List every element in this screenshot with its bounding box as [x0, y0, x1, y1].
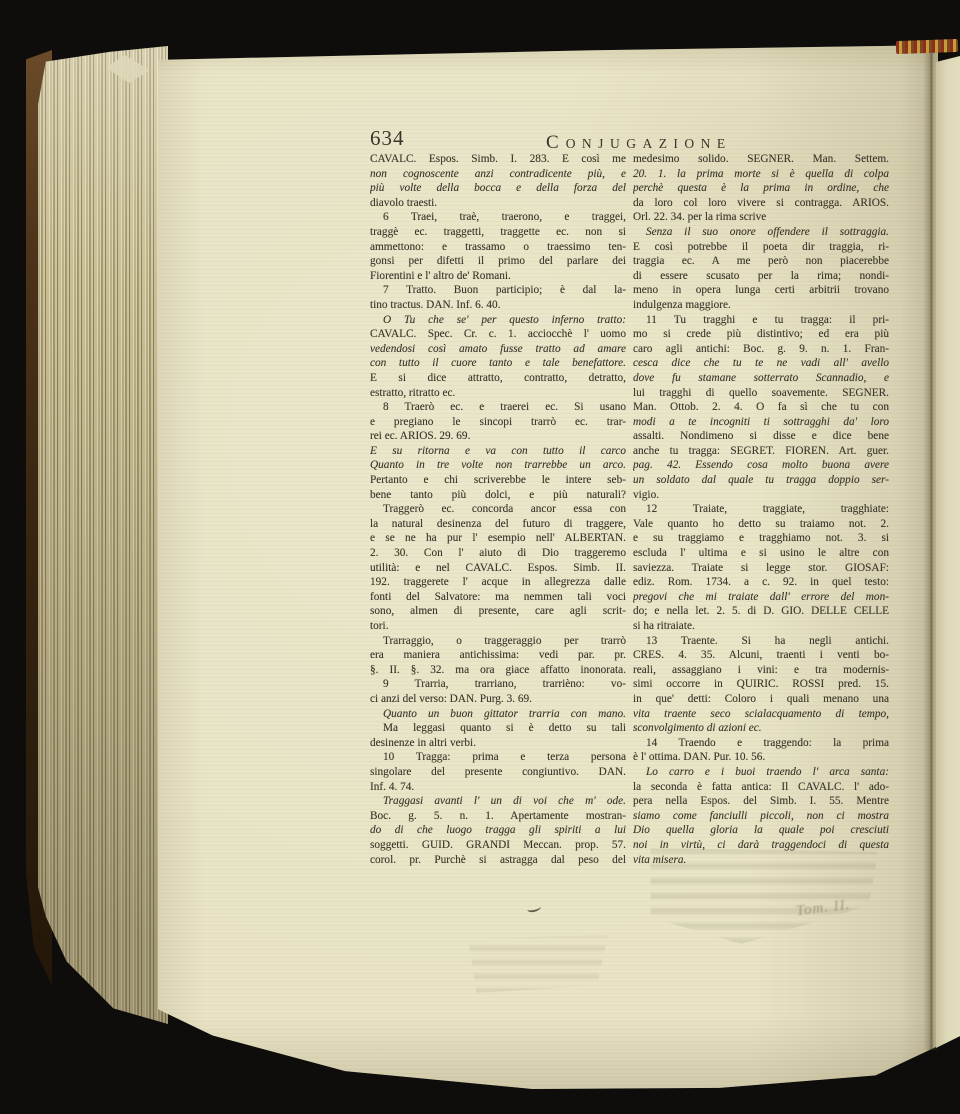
text-line: Orl. 22. 34. per la rima scrive	[633, 210, 889, 225]
text-line: E su ritorna e va con tutto il carco	[370, 444, 626, 459]
text-line: vedendosi così amato fusse tratto ad ama…	[370, 342, 626, 357]
text-line: estratto, ritratto ec.	[370, 386, 626, 401]
page-number: 634	[370, 126, 405, 151]
text-line: 7 Tratto. Buon participio; è dal la-	[370, 283, 626, 298]
text-line: Quanto un buon gittator trarria con mano…	[370, 707, 626, 722]
text-line: Trarraggio, o traggeraggio per trarrò	[370, 634, 626, 649]
text-line: escluda l' ultima e si usino le altre co…	[633, 546, 889, 561]
text-line: pag. 42. Essendo cosa molto buona avere	[633, 458, 889, 473]
text-line: anche tu tragga: SEGRET. FIOREN. Art. gu…	[633, 444, 889, 459]
text-line: lui tragghi di quello soavemente. SEGNER…	[633, 386, 889, 401]
text-line: CRES. 4. 35. Alcuni, traenti i venti bo-	[633, 648, 889, 663]
text-line: 10 Tragga: prima e terza persona	[370, 750, 626, 765]
text-line: traggia ec. A me però non piacerebbe	[633, 254, 889, 269]
text-line: Senza il suo onore offendere il sottragg…	[633, 225, 889, 240]
text-line: 13 Traente. Si ha negli antichi.	[633, 634, 889, 649]
text-line: E si dice attratto, contratto, detratto,	[370, 371, 626, 386]
text-line: dove fu stamane sotterrato Scannadio, e	[633, 371, 889, 386]
text-line: Traggerò ec. concorda ancor essa con	[370, 502, 626, 517]
text-line: 14 Traendo e traggendo: la prima	[633, 736, 889, 751]
text-line: desinenze in altri verbi.	[370, 736, 626, 751]
text-line: Boc. g. 5. n. 1. Apertamente mostran-	[370, 809, 626, 824]
text-line: tori.	[370, 619, 626, 634]
page-edge-stack	[38, 46, 168, 1024]
text-line: 192. traggerete l' acque in allegrezza d…	[370, 575, 626, 590]
text-line: tino tractus. DAN. Inf. 6. 40.	[370, 298, 626, 313]
text-line: siamo come fanciulli piccoli, non ci mos…	[633, 809, 889, 824]
text-line: cesca dice che tu te ne vadi all' avello	[633, 356, 889, 371]
text-line: 2. 30. Con l' aiuto di Dio traggeremo	[370, 546, 626, 561]
running-head: CONJUGAZIONE	[546, 132, 732, 154]
text-line: la natural desinenza del futuro di tragg…	[370, 517, 626, 532]
gutter-crease	[923, 52, 938, 1050]
text-line: 6 Traei, traè, traerono, e traggei,	[370, 210, 626, 225]
text-line: vita traente seco scialacquamento di tem…	[633, 707, 889, 722]
text-line: E così potrebbe il poeta dir traggia, ri…	[633, 240, 889, 255]
text-line: singolare del presente congiuntivo. DAN.	[370, 765, 626, 780]
text-line: saviezza. Traiate si legge stor. GIOSAF:	[633, 561, 889, 576]
text-line: simi occorre in QUIRIC. ROSSI pred. 15.	[633, 677, 889, 692]
text-line: Fiorentini e l' altro de' Romani.	[370, 269, 626, 284]
text-line: utilità: e nel CAVALC. Espos. Simb. II.	[370, 561, 626, 576]
text-line: non cognoscente anzi contradicente più, …	[370, 167, 626, 182]
text-line: un soldato dal quale tu tragga doppio se…	[633, 473, 889, 488]
text-line: Inf. 4. 74.	[370, 780, 626, 795]
text-line: da loro col loro vivere si contragga. AR…	[633, 196, 889, 211]
text-line: reali, assaggiano i vini: e tra modernis…	[633, 663, 889, 678]
text-line: era maniera antichissima: vedi par. pr.	[370, 648, 626, 663]
text-line: O Tu che se' per questo inferno tratto:	[370, 313, 626, 328]
text-line: corol. pr. Purchè si astragga dal peso d…	[370, 853, 626, 868]
text-line: Quanto in tre volte non trarrebbe un arc…	[370, 458, 626, 473]
text-line: e pregiano le sincopi trarrò ec. trar-	[370, 415, 626, 430]
text-line: bene tanto più dolci, e più naturali?	[370, 488, 626, 503]
text-line: e se ne ha pur l' esempio nell' ALBERTAN…	[370, 531, 626, 546]
text-line: Lo carro e i buoi traendo l' arca santa:	[633, 765, 889, 780]
text-line: fonti del Salvatore: ma nemmen tali voci	[370, 590, 626, 605]
text-line: Dio quella gloria la quale poi cresciuti	[633, 823, 889, 838]
text-line: in que' detti: Coloro i quali menano una	[633, 692, 889, 707]
text-line: perchè questa è la prima in ordine, che	[633, 181, 889, 196]
text-line: do; e nella let. 2. 5. di D. GIO. DELLE …	[633, 604, 889, 619]
text-line: Vale quanto ho detto su traiamo not. 2.	[633, 517, 889, 532]
text-line: 12 Traiate, traggiate, tragghiate:	[633, 502, 889, 517]
text-line: Man. Ottob. 2. 4. O fa sì che tu con	[633, 400, 889, 415]
text-line: più volte della bocca e della forza del	[370, 181, 626, 196]
text-line: §. II. §. 32. ma ora giace affatto inono…	[370, 663, 626, 678]
facing-page-edge	[936, 56, 960, 1052]
text-line: 8 Traerò ec. e traerei ec. Si usano	[370, 400, 626, 415]
text-line: è l' ottima. DAN. Pur. 10. 56.	[633, 750, 889, 765]
text-line: do di che luogo tragga gli spiriti a lui	[370, 823, 626, 838]
text-line: gonsi per difetti il primo del parlare d…	[370, 254, 626, 269]
show-through-texture-left	[468, 935, 608, 993]
text-line: CAVALC. Espos. Simb. I. 283. E così me	[370, 152, 626, 167]
text-line: con tutto il cuore tanto e tale benefatt…	[370, 356, 626, 371]
text-line: diavolo traesti.	[370, 196, 626, 211]
text-line: modi a te incogniti ti sottragghi da' lo…	[633, 415, 889, 430]
text-line: si ha ritraiate.	[633, 619, 889, 634]
book-page: 634 CONJUGAZIONE CAVALC. Espos. Simb. I.…	[158, 42, 938, 1090]
text-line: sconvolgimento di azioni ec.	[633, 721, 889, 736]
text-line: indulgenza maggiore.	[633, 298, 889, 313]
text-line: caro agli antichi: Boc. g. 9. n. 1. Fran…	[633, 342, 889, 357]
text-line: meno in opera lunga certi arbitrii trova…	[633, 283, 889, 298]
text-line: traggè ec. traggetti, traggette ec. non …	[370, 225, 626, 240]
text-line: 9 Trarria, trarriano, trarrièno: vo-	[370, 677, 626, 692]
text-line: medesimo solido. SEGNER. Man. Settem.	[633, 152, 889, 167]
text-line: pregovi che mi traiate dall' errore del …	[633, 590, 889, 605]
text-line: CAVALC. Spec. Cr. c. 1. acciocchè l' uom…	[370, 327, 626, 342]
left-column: CAVALC. Espos. Simb. I. 283. E così meno…	[370, 152, 626, 867]
text-line: Traggasi avanti l' un di voi che m' ode.	[370, 794, 626, 809]
text-line: Ma leggasi quanto si è detto su tali	[370, 721, 626, 736]
text-line: ci anzi del verso: DAN. Purg. 3. 69.	[370, 692, 626, 707]
show-through-texture-right	[650, 848, 878, 944]
text-line: sono, almen di presente, care agli scrit…	[370, 604, 626, 619]
text-line: 11 Tu tragghi e tu tragga: il pri-	[633, 313, 889, 328]
ink-mark	[527, 903, 542, 913]
text-line: 20. 1. la prima morte si è quella di col…	[633, 167, 889, 182]
text-line: mo si crede più distintivo; ed era più	[633, 327, 889, 342]
text-line: ediz. Rom. 1734. a c. 92. in quel testo:	[633, 575, 889, 590]
right-column: medesimo solido. SEGNER. Man. Settem.20.…	[633, 152, 889, 867]
text-line: Pertanto e chi scriverebbe le intere seb…	[370, 473, 626, 488]
text-line: vigio.	[633, 488, 889, 503]
text-line: ammettono: e trassamo o traessimo ten-	[370, 240, 626, 255]
text-line: di essere scusato per la rima; nondi-	[633, 269, 889, 284]
text-line: pera nella Espos. del Simb. I. 55. Mentr…	[633, 794, 889, 809]
text-line: assalti. Nondimeno si disse e dice bene	[633, 429, 889, 444]
photo-background: 634 CONJUGAZIONE CAVALC. Espos. Simb. I.…	[0, 0, 960, 1114]
headband	[896, 39, 958, 54]
text-line: e su traggiamo e tragghiamo not. 3. si	[633, 531, 889, 546]
text-line: la seconda è fatta antica: Il CAVALC. l'…	[633, 780, 889, 795]
text-line: soggetti. GUID. GRANDI Meccan. prop. 57.	[370, 838, 626, 853]
text-line: rei ec. ARIOS. 29. 69.	[370, 429, 626, 444]
